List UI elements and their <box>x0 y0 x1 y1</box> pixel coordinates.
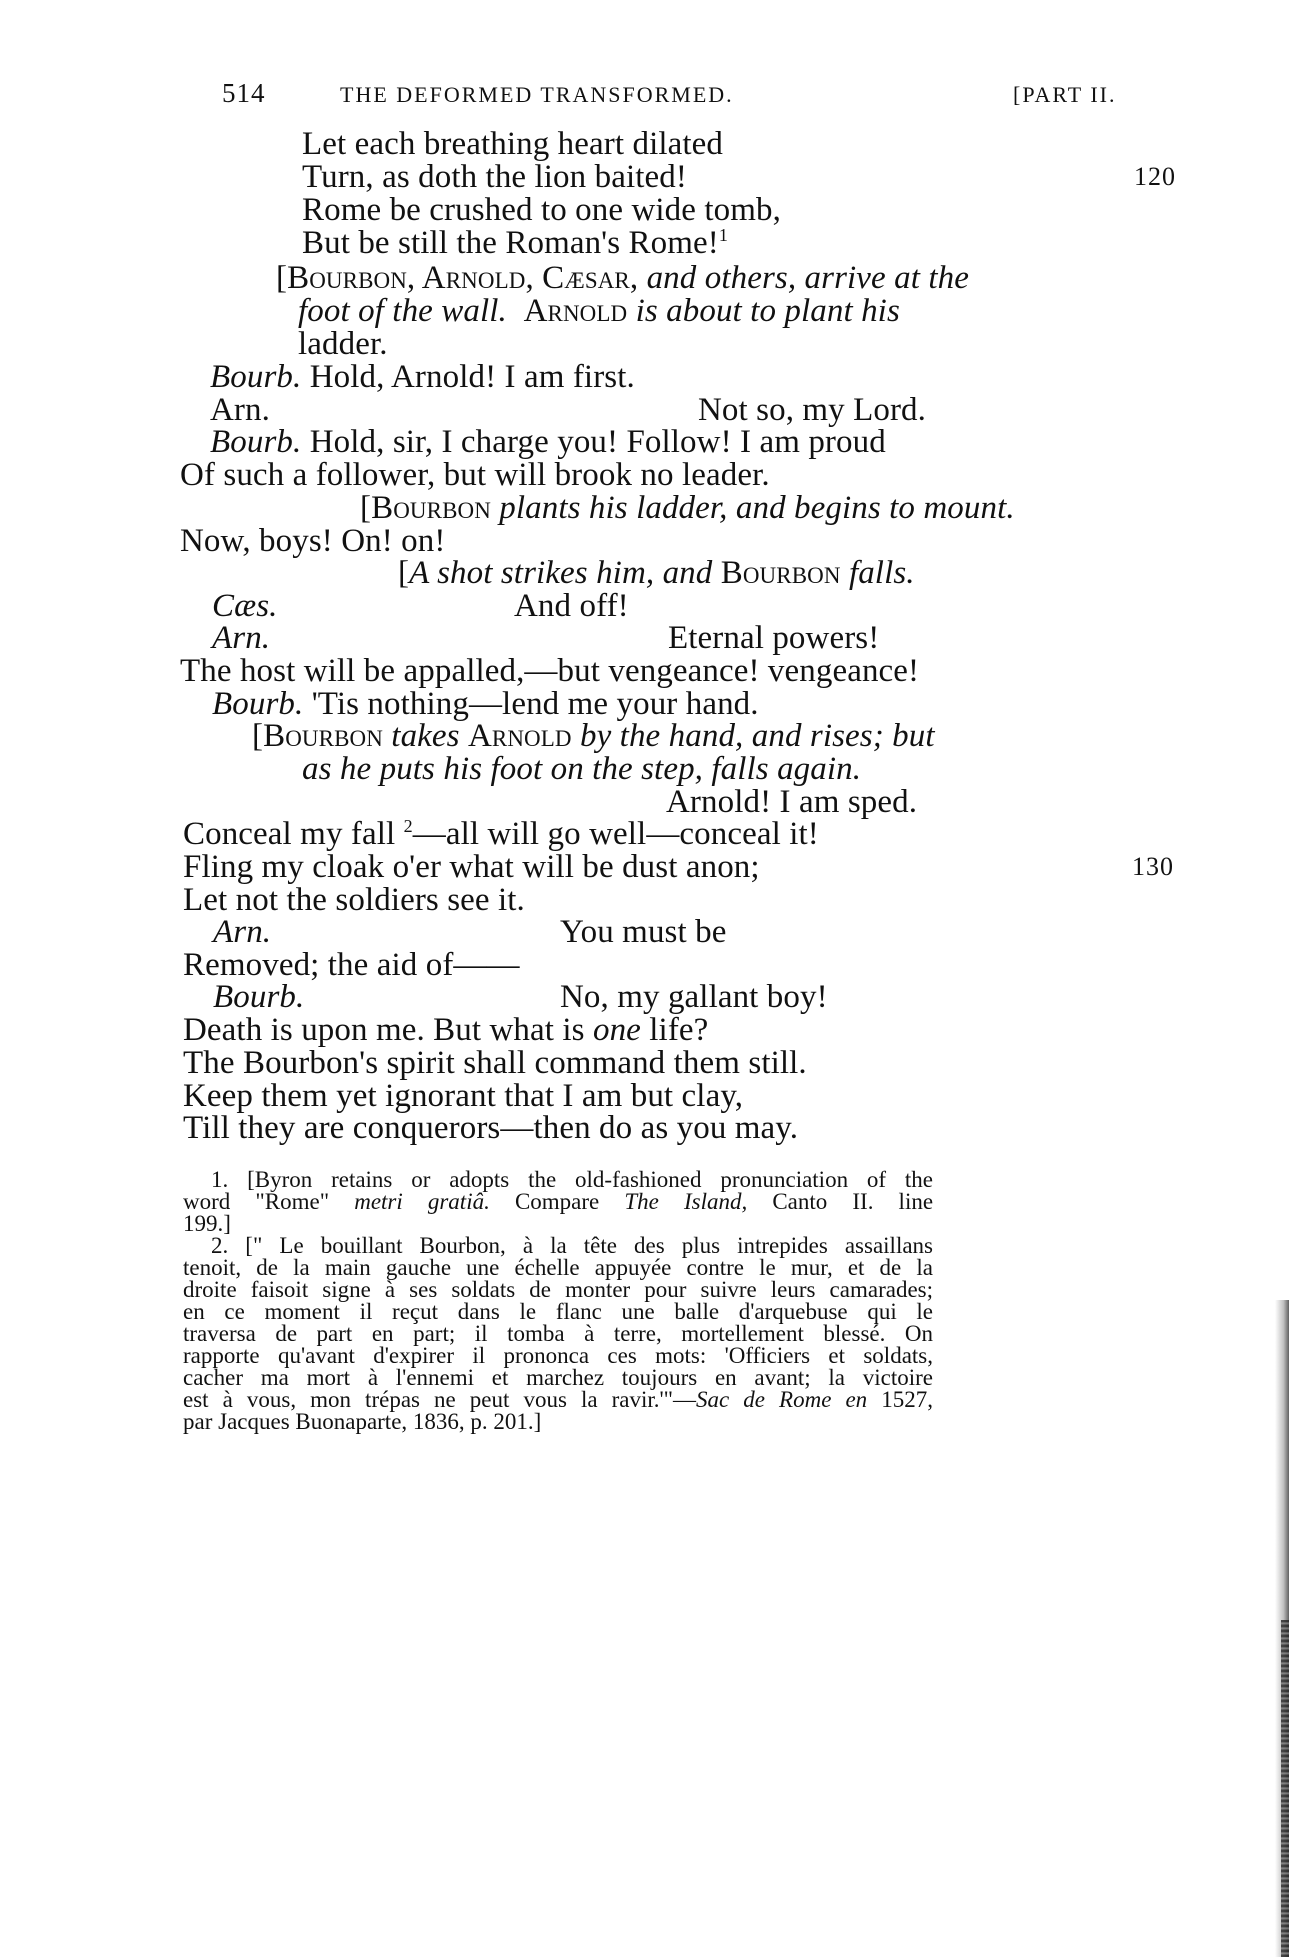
stage-direction: [Bourbon plants his ladder, and begins t… <box>360 488 1015 528</box>
speech: Bourb. Hold, Arnold! I am first. <box>210 357 635 397</box>
bracket: [ <box>276 260 287 296</box>
scan-edge-noise <box>1281 1620 1289 1957</box>
line-number: 120 <box>1134 157 1176 197</box>
part-label: [PART II. <box>1013 80 1116 110</box>
footnote-ref[interactable]: 2 <box>404 816 413 836</box>
footnote-2: par Jacques Buonaparte, 1836, p. 201.] <box>183 1408 933 1436</box>
verse-line: Till they are conquerors—then do as you … <box>183 1108 798 1148</box>
speech: You must be <box>560 912 726 952</box>
running-title: THE DEFORMED TRANSFORMED. <box>340 80 734 110</box>
speech: And off! <box>514 586 629 626</box>
book-page: 514 THE DEFORMED TRANSFORMED. [PART II. … <box>0 0 1289 1957</box>
page-number: 514 <box>222 78 266 108</box>
stage-direction: foot of the wall. Arnold is about to pla… <box>298 291 900 331</box>
verse-line: But be still the Roman's Rome!1 <box>302 223 728 263</box>
footnote-ref[interactable]: 1 <box>719 225 728 245</box>
line-number: 130 <box>1132 847 1174 887</box>
stage-direction: [A shot strikes him, and Bourbon falls. <box>398 553 915 593</box>
